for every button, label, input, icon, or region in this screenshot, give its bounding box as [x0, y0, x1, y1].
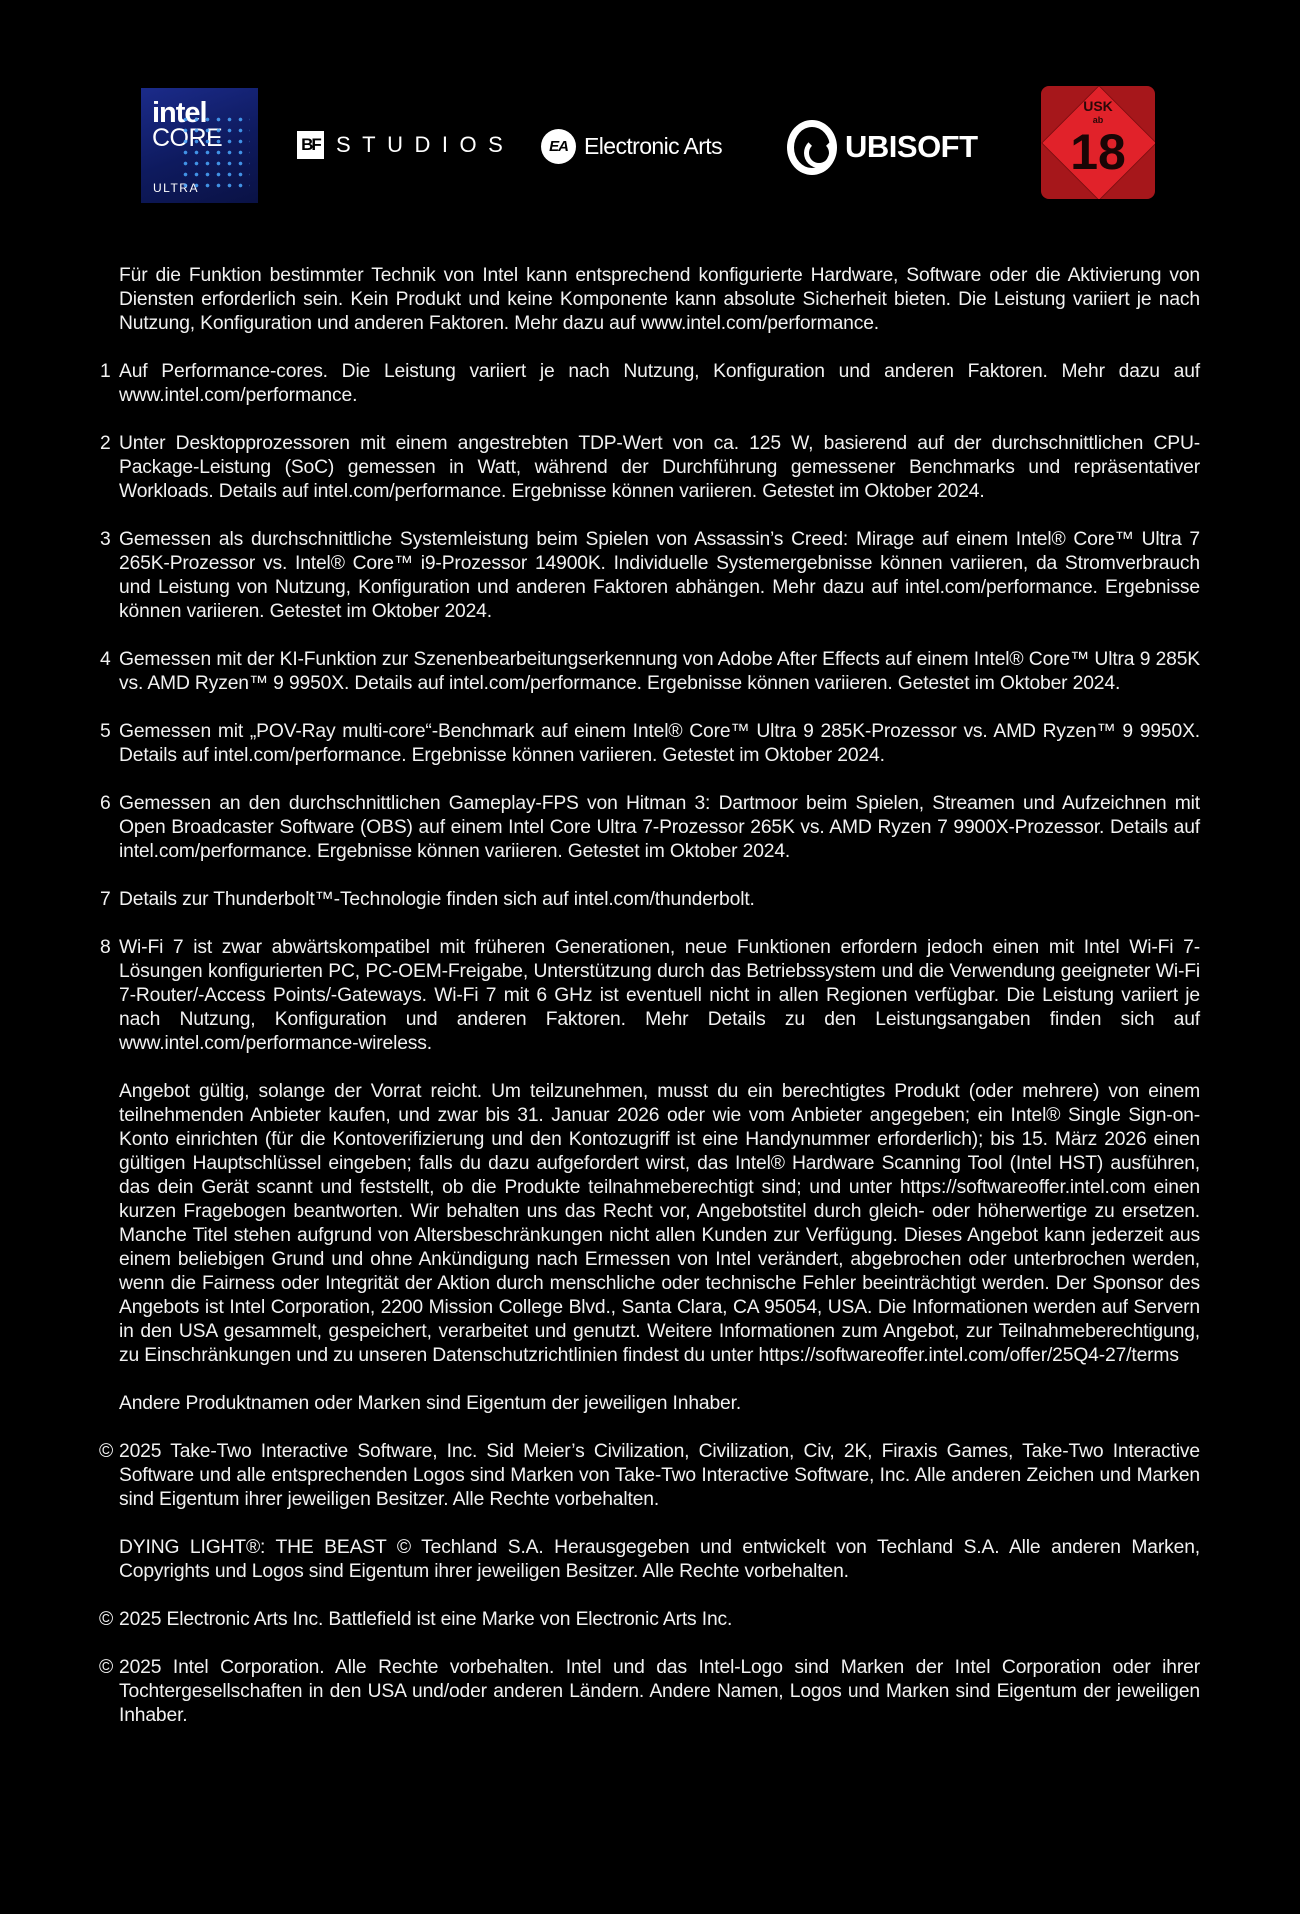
bf-studios-text: STUDIOS	[336, 132, 514, 158]
ubisoft-swirl-icon	[787, 120, 837, 175]
footnote-8: 8Wi-Fi 7 ist zwar abwärtskompatibel mit …	[100, 936, 1200, 1056]
copyright-text: 2025 Intel Corporation. Alle Rechte vorb…	[119, 1657, 1200, 1726]
logo-strip: intel CORE ULTRA BF STUDIOS EA Electroni…	[0, 86, 1300, 204]
footnote-text: Details zur Thunderbolt™-Technologie fin…	[119, 889, 755, 910]
usk-18-rating-badge: USK ab 18	[1041, 86, 1155, 199]
footnote-marker: 5	[100, 720, 118, 744]
offer-terms: Angebot gültig, solange der Vorrat reich…	[100, 1080, 1200, 1368]
footnote-6: 6Gemessen an den durchschnittlichen Game…	[100, 792, 1200, 864]
legal-disclaimers: Für die Funktion bestimmter Technik von …	[100, 264, 1200, 1752]
offer-terms-text: Angebot gültig, solange der Vorrat reich…	[119, 1081, 1200, 1366]
footnote-marker: 6	[100, 792, 118, 816]
usk-label: USK	[1041, 98, 1155, 114]
copyright-text: 2025 Electronic Arts Inc. Battlefield is…	[119, 1609, 732, 1630]
electronic-arts-logo: EA Electronic Arts	[541, 129, 722, 163]
ubisoft-logo: UBISOFT	[787, 116, 978, 178]
footnote-text: Gemessen als durchschnittliche Systemlei…	[119, 529, 1200, 622]
footnote-7: 7Details zur Thunderbolt™-Technologie fi…	[100, 888, 1200, 912]
trademark-text: Andere Produktnamen oder Marken sind Eig…	[119, 1393, 741, 1414]
footnote-text: Unter Desktopprozessoren mit einem anges…	[119, 433, 1200, 502]
footnote-3: 3Gemessen als durchschnittliche Systemle…	[100, 528, 1200, 624]
footnote-marker: 1	[100, 360, 118, 384]
intel-core-ultra-logo: intel CORE ULTRA	[141, 88, 258, 203]
ea-mark-icon: EA	[541, 129, 576, 164]
copyright-icon: ©	[99, 1656, 117, 1680]
electronic-arts-text: Electronic Arts	[584, 133, 722, 160]
footnote-text: Auf Performance-cores. Die Leistung vari…	[119, 361, 1200, 406]
footnote-marker: 2	[100, 432, 118, 456]
bf-studios-logo: BF STUDIOS	[297, 130, 514, 160]
disclaimer-intro: Für die Funktion bestimmter Technik von …	[100, 264, 1200, 336]
dot-pattern-icon	[180, 114, 250, 194]
copyright-text: 2025 Take-Two Interactive Software, Inc.…	[119, 1441, 1200, 1510]
copyright-icon: ©	[99, 1608, 117, 1632]
footnote-2: 2Unter Desktopprozessoren mit einem ange…	[100, 432, 1200, 504]
footnote-marker: 4	[100, 648, 118, 672]
copyright-icon: ©	[99, 1440, 117, 1464]
bf-mark-icon: BF	[297, 131, 324, 159]
footnote-marker: 3	[100, 528, 118, 552]
disclaimer-text: Für die Funktion bestimmter Technik von …	[119, 265, 1200, 334]
footnote-4: 4Gemessen mit der KI-Funktion zur Szenen…	[100, 648, 1200, 696]
footnote-5: 5Gemessen mit „POV-Ray multi-core“-Bench…	[100, 720, 1200, 768]
trademark-note: Andere Produktnamen oder Marken sind Eig…	[100, 1392, 1200, 1416]
copyright-take-two: ©2025 Take-Two Interactive Software, Inc…	[100, 1440, 1200, 1512]
usk-age: 18	[1041, 124, 1155, 180]
footnote-marker: 8	[100, 936, 118, 960]
copyright-techland: DYING LIGHT®: THE BEAST © Techland S.A. …	[100, 1536, 1200, 1584]
footnote-text: Gemessen an den durchschnittlichen Gamep…	[119, 793, 1200, 862]
copyright-text: DYING LIGHT®: THE BEAST © Techland S.A. …	[119, 1537, 1200, 1582]
footnote-text: Gemessen mit „POV-Ray multi-core“-Benchm…	[119, 721, 1200, 766]
footnote-1: 1Auf Performance-cores. Die Leistung var…	[100, 360, 1200, 408]
copyright-ea: ©2025 Electronic Arts Inc. Battlefield i…	[100, 1608, 1200, 1632]
footnote-text: Wi-Fi 7 ist zwar abwärtskompatibel mit f…	[119, 937, 1200, 1054]
ubisoft-text: UBISOFT	[845, 129, 978, 165]
footnote-marker: 7	[100, 888, 118, 912]
copyright-intel: ©2025 Intel Corporation. Alle Rechte vor…	[100, 1656, 1200, 1728]
footnote-text: Gemessen mit der KI-Funktion zur Szenenb…	[119, 649, 1200, 694]
